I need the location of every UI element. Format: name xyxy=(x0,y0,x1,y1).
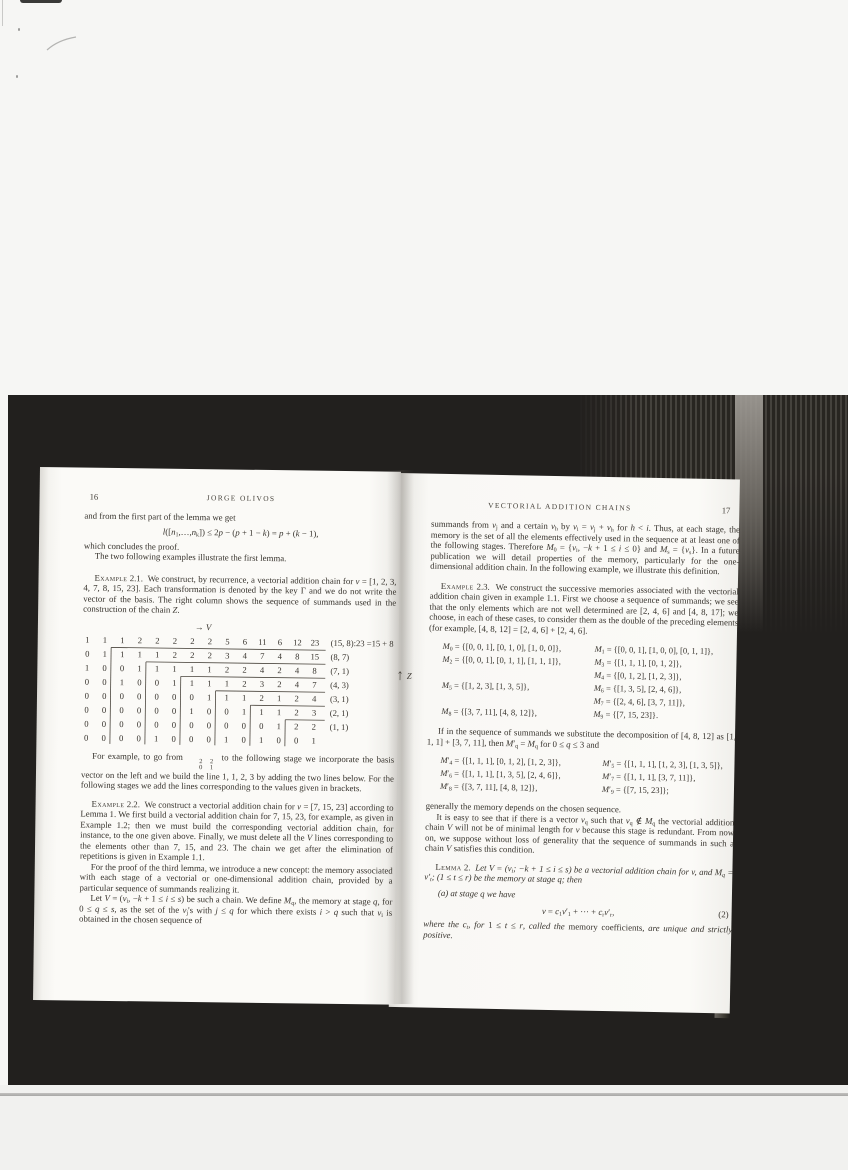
chain-cell: 2 xyxy=(288,719,306,733)
chain-cell: 3 xyxy=(218,648,236,662)
paragraph-example-2-1: Example 2.1. We construct, by recurrence… xyxy=(83,572,397,618)
paragraph-example-2-2: Example 2.2. We construct a vectorial ad… xyxy=(80,798,394,865)
chain-cell: 0 xyxy=(183,717,201,731)
chain-cell: 1 xyxy=(96,632,114,646)
chain-row-label: (7, 1) xyxy=(330,663,349,677)
memory-prime-list: M′4 = {[1, 1, 1], [0, 1, 2], [1, 2, 3]},… xyxy=(426,755,736,800)
chain-cell: 0 xyxy=(77,730,95,744)
chain-cell: 12 xyxy=(289,635,307,649)
chain-cell: 23 xyxy=(306,635,324,649)
chain-cell: 0 xyxy=(148,717,166,731)
chain-cell: 0 xyxy=(218,704,236,718)
chain-cell: 3 xyxy=(305,705,323,719)
chain-cell: 1 xyxy=(270,719,288,733)
chain-cell: 0 xyxy=(78,688,96,702)
memory-entry-left: M′8 = {[3, 7, 11], [4, 8, 12]}, xyxy=(440,781,538,793)
chain-cell: 2 xyxy=(201,648,219,662)
memory-entry-right: M′9 = {[7, 15, 23]}; xyxy=(602,784,669,795)
left-page: 16 JORGE OLIVOS and from the first part … xyxy=(33,467,401,1005)
chain-cell: 2 xyxy=(201,634,219,648)
chain-cell: 1 xyxy=(235,690,253,704)
right-page-content: VECTORIAL ADDITION CHAINS 17 summands fr… xyxy=(423,500,740,946)
memory-entry-left: M0 = {[0, 0, 1], [0, 1, 0], [1, 0, 0]}, xyxy=(443,641,562,653)
chain-cell: 0 xyxy=(95,688,113,702)
chain-cell: 2 xyxy=(236,676,254,690)
up-arrow-icon: ↑ xyxy=(396,662,404,688)
chain-row: 00001000101001 xyxy=(77,730,322,747)
paragraph-memory-concept: For the proof of the third lemma, we int… xyxy=(79,861,392,897)
chain-cell: 6 xyxy=(271,635,289,649)
dust-speck xyxy=(18,28,20,31)
z-label: Z xyxy=(407,662,412,688)
chain-cell: 0 xyxy=(218,718,236,732)
memory-entry-right: M6 = {[1, 3, 5], [2, 4, 6]}, xyxy=(594,683,682,695)
chain-cell: 1 xyxy=(270,691,288,705)
chain-cell: 0 xyxy=(112,730,130,744)
memory-entry-right: M′5 = {[1, 1, 1], [1, 2, 3], [1, 3, 5]}, xyxy=(602,758,723,770)
left-page-header: 16 JORGE OLIVOS xyxy=(85,492,398,507)
chain-cell: 1 xyxy=(114,632,132,646)
chain-cell: 0 xyxy=(113,716,131,730)
chain-cell: 1 xyxy=(218,690,236,704)
chain-cell: 1 xyxy=(147,731,165,745)
lemma-2: Lemma 2. Let V = (vi; −k + 1 ≤ i ≤ s) be… xyxy=(424,861,733,888)
chain-cell: 0 xyxy=(95,702,113,716)
chain-cell: 0 xyxy=(148,689,166,703)
chain-cell: 0 xyxy=(200,704,218,718)
lemma-2-item-a: (a) at stage q we have xyxy=(424,887,733,903)
memory-entry-left: M8 = {[3, 7, 11], [4, 8, 12]}, xyxy=(441,706,537,718)
chain-cell: 1 xyxy=(217,732,235,746)
chain-cell: 1 xyxy=(148,647,166,661)
memory-entry-right: M9 = {[7, 15, 23]}. xyxy=(593,709,658,720)
chain-cell: 0 xyxy=(165,731,183,745)
chain-row-label: (4, 3) xyxy=(330,677,349,691)
chain-cell: 2 xyxy=(271,677,289,691)
chain-cell: 2 xyxy=(305,719,323,733)
page-number-right: 17 xyxy=(722,505,731,515)
chain-cell: 0 xyxy=(95,730,113,744)
equation-lemma1: l([n1,…,nk]) ≤ 2p − (p + 1 − k) = p + (k… xyxy=(84,525,397,539)
paragraph-where-coefficients: where the ct, for 1 ≤ t ≤ r, called the … xyxy=(423,919,732,946)
chain-cell: 0 xyxy=(270,733,288,747)
chain-cell: 1 xyxy=(148,661,166,675)
chain-cell: 0 xyxy=(287,733,305,747)
scanner-bottom-strip xyxy=(0,1085,848,1170)
chain-cell: 1 xyxy=(183,703,201,717)
chain-cell: 1 xyxy=(131,647,149,661)
chain-cell: 0 xyxy=(131,675,149,689)
left-page-content: 16 JORGE OLIVOS and from the first part … xyxy=(79,492,398,929)
chain-cell: 4 xyxy=(288,677,306,691)
chain-cell: 0 xyxy=(165,703,183,717)
chain-cell: 0 xyxy=(200,718,218,732)
chain-cell: 1 xyxy=(201,676,219,690)
chain-row-label: (2, 1) xyxy=(330,705,349,719)
chain-cell: 1 xyxy=(166,661,184,675)
chain-cell: 0 xyxy=(235,732,253,746)
chain-cell: 4 xyxy=(271,649,289,663)
chain-cell: 2 xyxy=(131,633,149,647)
right-page-header: VECTORIAL ADDITION CHAINS 17 xyxy=(431,500,740,517)
chain-cell: 1 xyxy=(79,632,97,646)
dust-speck xyxy=(16,75,18,78)
chain-cell: 4 xyxy=(253,662,271,676)
chain-cell: 0 xyxy=(165,689,183,703)
chain-cell: 0 xyxy=(165,717,183,731)
chain-cell: 0 xyxy=(235,718,253,732)
memory-entry-left: M2 = {[0, 0, 1], [0, 1, 1], [1, 1, 1]}, xyxy=(442,654,561,666)
chain-cell: 4 xyxy=(305,691,323,705)
chain-cell: 15 xyxy=(306,649,324,663)
chain-cell: 1 xyxy=(113,646,131,660)
chain-cell: 5 xyxy=(219,634,237,648)
paragraph-example-2-3: Example 2.3. We construct the successive… xyxy=(429,580,739,638)
chain-cell: 1 xyxy=(252,732,270,746)
memory-entry-left: M′4 = {[1, 1, 1], [0, 1, 2], [1, 2, 3]}, xyxy=(440,755,561,767)
chain-cell: 0 xyxy=(78,646,96,660)
running-head-left: JORGE OLIVOS xyxy=(85,492,398,505)
memory-entry-right: M1 = {[0, 0, 1], [1, 0, 0], [0, 1, 1]}, xyxy=(595,644,714,656)
chain-cell: 0 xyxy=(113,660,131,674)
pen-mark xyxy=(44,32,80,54)
chain-cell: 0 xyxy=(78,702,96,716)
chain-cell: 0 xyxy=(183,689,201,703)
equation-2: v = c1v′1 + ··· + crv′r, (2) xyxy=(424,904,733,920)
chain-cell: 1 xyxy=(235,704,253,718)
chain-cell: 0 xyxy=(148,675,166,689)
chain-cell: 2 xyxy=(236,662,254,676)
chain-cell: 0 xyxy=(96,674,114,688)
paragraph-easy-to-see: It is easy to see that if there is a vec… xyxy=(425,811,735,859)
chain-cell: 0 xyxy=(78,716,96,730)
chain-cell: 0 xyxy=(253,718,271,732)
memory-entry-left: M′6 = {[1, 1, 1], [1, 3, 5], [2, 4, 6]}, xyxy=(440,768,561,780)
chain-cell: 4 xyxy=(288,663,306,677)
memory-entry-right: M4 = {[0, 1, 2], [1, 2, 3]}, xyxy=(594,670,682,682)
chain-cell: 1 xyxy=(253,704,271,718)
paragraph-let-v: Let V = (vi, −k + 1 ≤ i ≤ s) be such a c… xyxy=(79,893,392,929)
right-page: VECTORIAL ADDITION CHAINS 17 summands fr… xyxy=(389,473,740,1013)
chain-cell: 2 xyxy=(271,663,289,677)
memory-list: M0 = {[0, 0, 1], [0, 1, 0], [1, 0, 0]},M… xyxy=(427,641,737,725)
chain-cell: 0 xyxy=(182,731,200,745)
chain-cell: 2 xyxy=(166,633,184,647)
chain-cell: 1 xyxy=(201,662,219,676)
arrow-v-label: → V xyxy=(195,622,396,635)
equation-2-body: v = c1v′1 + ··· + crv′r, xyxy=(542,906,615,917)
scan-edge-line xyxy=(2,0,3,26)
chain-cell: 1 xyxy=(200,690,218,704)
chain-cell: 2 xyxy=(166,647,184,661)
memory-entry-right: M′7 = {[1, 1, 1], [3, 7, 11]}, xyxy=(602,771,695,783)
chain-cell: 3 xyxy=(253,676,271,690)
paragraph-intro: and from the first part of the lemma we … xyxy=(84,511,397,526)
chain-cell: 7 xyxy=(306,677,324,691)
chain-cell: 0 xyxy=(200,732,218,746)
chain-cell: 6 xyxy=(236,634,254,648)
chain-cell: 11 xyxy=(254,634,272,648)
chain-cell: 1 xyxy=(183,675,201,689)
chain-row-label: (15, 8):23 =15 + 8 xyxy=(331,635,394,650)
chain-cell: 1 xyxy=(305,733,323,747)
memory-entry-right: M7 = {[2, 4, 6], [3, 7, 11]}, xyxy=(594,696,686,708)
chain-cell: 0 xyxy=(113,702,131,716)
paragraph-summands: summands from vj and a certain vh by vi … xyxy=(430,519,740,577)
chain-cell: 0 xyxy=(148,703,166,717)
chain-cell: 2 xyxy=(149,633,167,647)
chain-cell: 1 xyxy=(270,705,288,719)
chain-cell: 0 xyxy=(130,689,148,703)
chain-cell: 2 xyxy=(218,662,236,676)
chain-cell: 8 xyxy=(288,649,306,663)
chain-cell: 0 xyxy=(96,660,114,674)
z-arrow: ↑ Z xyxy=(396,662,412,688)
chain-row-label: (3, 1) xyxy=(330,691,349,705)
page-number-left: 16 xyxy=(90,492,99,502)
chain-cell: 2 xyxy=(288,691,306,705)
chain-cell: 0 xyxy=(78,674,96,688)
addition-chain-table: 11122222561161223(15, 8):23 =15 + 801111… xyxy=(77,632,418,748)
chain-cell: 1 xyxy=(166,675,184,689)
chain-cell: 1 xyxy=(183,661,201,675)
paragraph-for-example: For example, to go from 2 20 1 to the fo… xyxy=(81,750,394,794)
memory-entry-left: M5 = {[1, 2, 3], [1, 3, 5]}, xyxy=(442,680,530,692)
chain-cell: 0 xyxy=(130,703,148,717)
chain-cell: 2 xyxy=(183,647,201,661)
chain-row-label: (8, 7) xyxy=(330,649,349,663)
chain-cell: 2 xyxy=(253,690,271,704)
chain-cell: 0 xyxy=(130,717,148,731)
paragraph-if-substitute: If in the sequence of summands we substi… xyxy=(427,726,736,753)
chain-cell: 2 xyxy=(288,705,306,719)
scanned-book-spread: { "palette":{"scanner_bg":"#f6f6f4","mat… xyxy=(0,0,848,1170)
scanner-bottom-line xyxy=(0,1093,848,1096)
chain-cell: 1 xyxy=(113,674,131,688)
chain-cell: 0 xyxy=(130,731,148,745)
chain-row-label: (1, 1) xyxy=(330,719,349,733)
chain-cell: 1 xyxy=(131,661,149,675)
memory-entry-right: M3 = {[1, 1, 1], [0, 1, 2]}, xyxy=(594,657,682,669)
scan-edge-mark xyxy=(20,0,62,3)
chain-cell: 0 xyxy=(113,688,131,702)
chain-cell: 0 xyxy=(95,716,113,730)
equation-2-number: (2) xyxy=(718,909,728,919)
chain-cell: 4 xyxy=(236,648,254,662)
chain-cell: 1 xyxy=(96,646,114,660)
chain-cell: 1 xyxy=(78,660,96,674)
chain-cell: 7 xyxy=(253,648,271,662)
running-head-right: VECTORIAL ADDITION CHAINS xyxy=(405,499,714,514)
chain-cell: 1 xyxy=(218,676,236,690)
chain-cell: 8 xyxy=(306,663,324,677)
chain-cell: 2 xyxy=(184,633,202,647)
